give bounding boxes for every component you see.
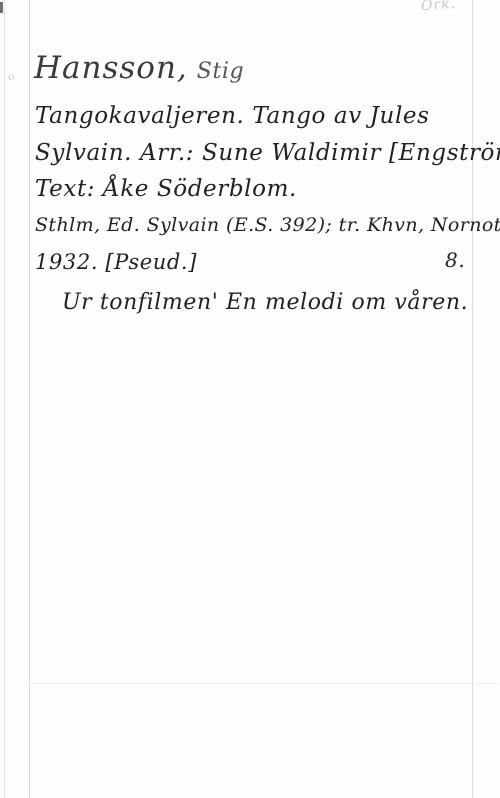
catalog-card: Ork. o Hansson,Stig Tangokavaljeren. Tan… [0, 0, 500, 798]
faint-horizontal-crease [28, 683, 498, 684]
scan-edge-artifact [0, 2, 3, 13]
right-margin-rule [472, 0, 473, 798]
corner-annotation: Ork. [420, 0, 456, 14]
entry-year-line: 1932. [Pseud.] [35, 250, 197, 274]
card-heading: Hansson,Stig [34, 50, 244, 86]
left-edge-rule [4, 0, 5, 798]
heading-given-name: Stig [197, 59, 244, 84]
entry-pagination: 8. [445, 248, 465, 272]
entry-title-line-1: Tangokavaljeren. Tango av Jules [35, 103, 430, 129]
entry-text-credit: Text: Åke Söderblom. [35, 176, 297, 202]
left-margin-rule [29, 0, 30, 798]
entry-title-line-2: Sylvain. Arr.: Sune Waldimir [Engström]. [35, 140, 500, 166]
heading-surname: Hansson, [34, 50, 188, 86]
entry-film-note: Ur tonfilmen' En melodi om våren. [62, 290, 468, 315]
entry-imprint-line: Sthlm, Ed. Sylvain (E.S. 392); tr. Khvn,… [35, 214, 500, 236]
margin-pencil-mark: o [8, 70, 15, 83]
